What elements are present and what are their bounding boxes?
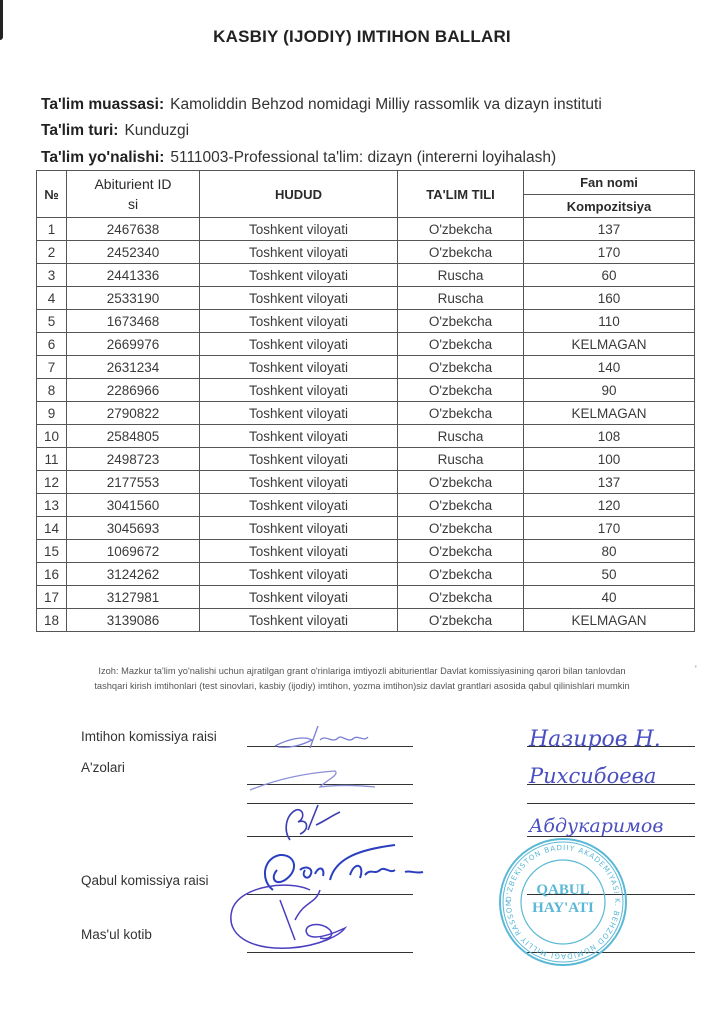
table-row: 143045693Toshkent viloyatiO'zbekcha170 [37, 517, 695, 540]
cell-no: 3 [37, 264, 67, 287]
cell-region: Toshkent viloyati [200, 494, 398, 517]
cell-region: Toshkent viloyati [200, 287, 398, 310]
cell-score: 170 [524, 241, 695, 264]
cell-applicant-id: 3041560 [67, 494, 200, 517]
header-subject: Kompozitsiya [524, 195, 695, 218]
cell-applicant-id: 2177553 [67, 471, 200, 494]
cell-applicant-id: 3124262 [67, 563, 200, 586]
stamp-line-2: HAY'ATI [497, 900, 629, 917]
cell-language: Ruscha [398, 287, 524, 310]
cell-applicant-id: 2584805 [67, 425, 200, 448]
cell-region: Toshkent viloyati [200, 379, 398, 402]
header-applicant-id-text: Abiturient ID si [93, 174, 173, 214]
table-row: 72631234Toshkent viloyatiO'zbekcha140 [37, 356, 695, 379]
stamp-seal: O'ZBEKISTON BADIIY AKADEMIYASI K. BEHZOD… [497, 836, 629, 968]
cell-language: O'zbekcha [398, 402, 524, 425]
cell-language: O'zbekcha [398, 218, 524, 241]
footnote-line-2: tashqari kirish imtihonlari (test sinovl… [0, 679, 724, 694]
cell-score: 110 [524, 310, 695, 333]
cell-no: 2 [37, 241, 67, 264]
cell-applicant-id: 2533190 [67, 287, 200, 310]
table-body: 12467638Toshkent viloyatiO'zbekcha137224… [37, 218, 695, 632]
cell-region: Toshkent viloyati [200, 356, 398, 379]
cell-region: Toshkent viloyati [200, 609, 398, 632]
cell-score: 137 [524, 218, 695, 241]
table-row: 112498723Toshkent viloyatiRuscha100 [37, 448, 695, 471]
cell-applicant-id: 2286966 [67, 379, 200, 402]
table-row: 183139086Toshkent viloyatiO'zbekchaKELMA… [37, 609, 695, 632]
cell-language: O'zbekcha [398, 494, 524, 517]
cell-applicant-id: 1673468 [67, 310, 200, 333]
label-exam-chair: Imtihon komissiya raisi [81, 729, 217, 744]
cell-applicant-id: 2467638 [67, 218, 200, 241]
table-row: 12467638Toshkent viloyatiO'zbekcha137 [37, 218, 695, 241]
table-row: 151069672Toshkent viloyatiO'zbekcha80 [37, 540, 695, 563]
header-applicant-id: Abiturient ID si [67, 171, 200, 218]
cell-language: O'zbekcha [398, 333, 524, 356]
cell-score: KELMAGAN [524, 609, 695, 632]
signature-right1-icon: Назиров Н. [525, 720, 700, 754]
cell-language: O'zbekcha [398, 471, 524, 494]
cell-no: 18 [37, 609, 67, 632]
table-row: 133041560Toshkent viloyatiO'zbekcha120 [37, 494, 695, 517]
label-members: A'zolari [81, 760, 125, 775]
stamp-line-1: QABUL [497, 882, 629, 899]
document-title: KASBIY (IJODIY) IMTIHON BALLARI [0, 27, 724, 47]
cell-language: O'zbekcha [398, 609, 524, 632]
cell-region: Toshkent viloyati [200, 563, 398, 586]
cell-score: 140 [524, 356, 695, 379]
cell-language: O'zbekcha [398, 517, 524, 540]
cell-no: 13 [37, 494, 67, 517]
meta-study-form-value: Kunduzgi [124, 122, 189, 139]
cell-region: Toshkent viloyati [200, 402, 398, 425]
cell-language: O'zbekcha [398, 540, 524, 563]
cell-region: Toshkent viloyati [200, 333, 398, 356]
cell-applicant-id: 2669976 [67, 333, 200, 356]
svg-text:Назиров Н.: Назиров Н. [528, 727, 661, 752]
cell-score: 40 [524, 586, 695, 609]
cell-score: 137 [524, 471, 695, 494]
cell-no: 6 [37, 333, 67, 356]
header-language: TA'LIM TILI [398, 171, 524, 218]
cell-no: 1 [37, 218, 67, 241]
meta-direction-label: Ta'lim yo'nalishi: [41, 149, 164, 166]
footnote-mark: ' [695, 664, 697, 674]
cell-score: 120 [524, 494, 695, 517]
cell-language: O'zbekcha [398, 356, 524, 379]
table-row: 32441336Toshkent viloyatiRuscha60 [37, 264, 695, 287]
cell-score: 80 [524, 540, 695, 563]
signature-right2-icon: Рихсибоева [525, 755, 700, 795]
cell-applicant-id: 1069672 [67, 540, 200, 563]
cell-region: Toshkent viloyati [200, 540, 398, 563]
cell-region: Toshkent viloyati [200, 586, 398, 609]
cell-applicant-id: 2452340 [67, 241, 200, 264]
table-row: 51673468Toshkent viloyatiO'zbekcha110 [37, 310, 695, 333]
cell-score: 108 [524, 425, 695, 448]
signature-secretary-icon [220, 880, 370, 960]
cell-no: 15 [37, 540, 67, 563]
cell-no: 9 [37, 402, 67, 425]
cell-language: Ruscha [398, 425, 524, 448]
signature-exam-chair-icon [270, 720, 380, 756]
cell-region: Toshkent viloyati [200, 471, 398, 494]
cell-score: KELMAGAN [524, 402, 695, 425]
cell-region: Toshkent viloyati [200, 425, 398, 448]
header-region: HUDUD [200, 171, 398, 218]
header-no: № [37, 171, 67, 218]
signature-member2-icon [278, 800, 348, 845]
cell-no: 4 [37, 287, 67, 310]
cell-language: O'zbekcha [398, 379, 524, 402]
cell-no: 11 [37, 448, 67, 471]
table-row: 82286966Toshkent viloyatiO'zbekcha90 [37, 379, 695, 402]
svg-text:Абдукаримов: Абдукаримов [527, 815, 663, 837]
footnote: Izoh: Mazkur ta'lim yo'nalishi uchun ajr… [0, 664, 724, 694]
table-row: 173127981Toshkent viloyatiO'zbekcha40 [37, 586, 695, 609]
meta-institution-label: Ta'lim muassasi: [41, 96, 164, 113]
footnote-line-1: Izoh: Mazkur ta'lim yo'nalishi uchun ajr… [0, 664, 724, 679]
table-row: 102584805Toshkent viloyatiRuscha108 [37, 425, 695, 448]
meta-study-form-label: Ta'lim turi: [41, 122, 118, 139]
cell-region: Toshkent viloyati [200, 264, 398, 287]
cell-no: 14 [37, 517, 67, 540]
table-row: 163124262Toshkent viloyatiO'zbekcha50 [37, 563, 695, 586]
cell-no: 17 [37, 586, 67, 609]
cell-no: 12 [37, 471, 67, 494]
cell-no: 10 [37, 425, 67, 448]
cell-applicant-id: 3139086 [67, 609, 200, 632]
cell-score: 50 [524, 563, 695, 586]
table-row: 62669976Toshkent viloyatiO'zbekchaKELMAG… [37, 333, 695, 356]
cell-region: Toshkent viloyati [200, 310, 398, 333]
label-admission-chair: Qabul komissiya raisi [81, 873, 209, 888]
meta-institution: Ta'lim muassasi:Kamoliddin Behzod nomida… [41, 96, 602, 114]
cell-language: Ruscha [398, 448, 524, 471]
scores-table: № Abiturient ID si HUDUD TA'LIM TILI Fan… [36, 170, 695, 632]
table-row: 92790822Toshkent viloyatiO'zbekchaKELMAG… [37, 402, 695, 425]
meta-direction-value: 5111003-Professional ta'lim: dizayn (int… [170, 149, 556, 166]
table-row: 122177553Toshkent viloyatiO'zbekcha137 [37, 471, 695, 494]
cell-no: 8 [37, 379, 67, 402]
cell-language: O'zbekcha [398, 310, 524, 333]
cell-score: 160 [524, 287, 695, 310]
cell-score: 170 [524, 517, 695, 540]
cell-score: 100 [524, 448, 695, 471]
table-row: 42533190Toshkent viloyatiRuscha160 [37, 287, 695, 310]
cell-language: O'zbekcha [398, 563, 524, 586]
cell-score: 90 [524, 379, 695, 402]
cell-score: 60 [524, 264, 695, 287]
meta-institution-value: Kamoliddin Behzod nomidagi Milliy rassom… [170, 96, 602, 113]
meta-direction: Ta'lim yo'nalishi:5111003-Professional t… [41, 149, 556, 167]
svg-text:Рихсибоева: Рихсибоева [528, 764, 656, 788]
cell-language: O'zbekcha [398, 586, 524, 609]
cell-score: KELMAGAN [524, 333, 695, 356]
table-row: 22452340Toshkent viloyatiO'zbekcha170 [37, 241, 695, 264]
cell-applicant-id: 2498723 [67, 448, 200, 471]
cell-region: Toshkent viloyati [200, 448, 398, 471]
cell-applicant-id: 3045693 [67, 517, 200, 540]
cell-language: Ruscha [398, 264, 524, 287]
label-secretary: Mas'ul kotib [81, 927, 152, 942]
cell-no: 5 [37, 310, 67, 333]
cell-applicant-id: 2441336 [67, 264, 200, 287]
meta-study-form: Ta'lim turi:Kunduzgi [41, 122, 189, 140]
cell-no: 7 [37, 356, 67, 379]
cell-applicant-id: 3127981 [67, 586, 200, 609]
cell-region: Toshkent viloyati [200, 517, 398, 540]
header-subject-group: Fan nomi [524, 171, 695, 195]
cell-region: Toshkent viloyati [200, 218, 398, 241]
cell-applicant-id: 2631234 [67, 356, 200, 379]
cell-region: Toshkent viloyati [200, 241, 398, 264]
cell-no: 16 [37, 563, 67, 586]
cell-language: O'zbekcha [398, 241, 524, 264]
cell-applicant-id: 2790822 [67, 402, 200, 425]
signature-member1-icon [245, 765, 380, 795]
